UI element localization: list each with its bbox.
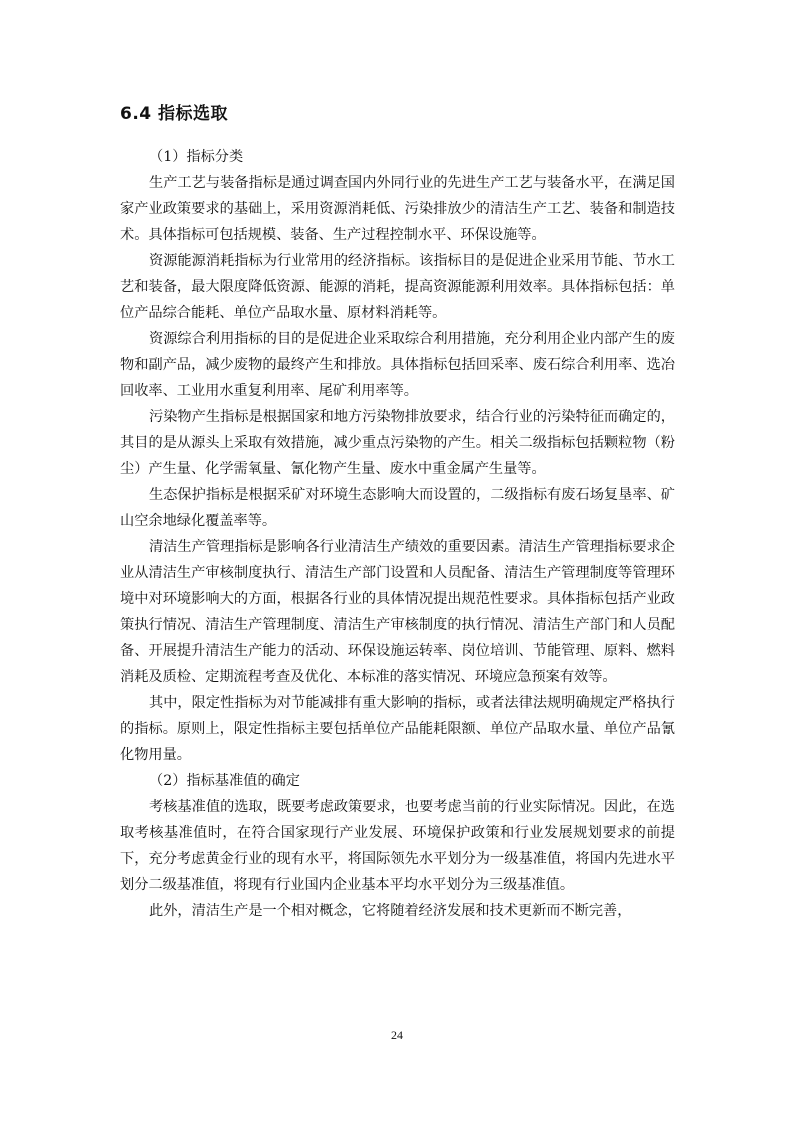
subheading-benchmark: （2）指标基准值的确定 xyxy=(120,768,675,794)
paragraph-restrictive-indicators: 其中，限定性指标为对节能减排有重大影响的指标，或者法律法规明确规定严格执行的指标… xyxy=(120,690,675,768)
paragraph-resource-utilization: 资源综合利用指标的目的是促进企业采取综合利用措施，充分利用企业内部产生的废物和副… xyxy=(120,326,675,404)
paragraph-management: 清洁生产管理指标是影响各行业清洁生产绩效的重要因素。清洁生产管理指标要求企业从清… xyxy=(120,534,675,690)
page-number: 24 xyxy=(0,1028,794,1043)
document-body: （1）指标分类 生产工艺与装备指标是通过调查国内外同行业的先进生产工艺与装备水平… xyxy=(120,144,675,924)
paragraph-ecological-protection: 生态保护指标是根据采矿对环境生态影响大而设置的，二级指标有废石场复垦率、矿山空余… xyxy=(120,482,675,534)
paragraph-resource-energy: 资源能源消耗指标为行业常用的经济指标。该指标目的是促进企业采用节能、节水工艺和装… xyxy=(120,248,675,326)
paragraph-pollutant-generation: 污染物产生指标是根据国家和地方污染物排放要求，结合行业的污染特征而确定的，其目的… xyxy=(120,404,675,482)
paragraph-process-equipment: 生产工艺与装备指标是通过调查国内外同行业的先进生产工艺与装备水平，在满足国家产业… xyxy=(120,170,675,248)
section-heading: 6.4 指标选取 xyxy=(120,99,228,124)
document-page: 6.4 指标选取 （1）指标分类 生产工艺与装备指标是通过调查国内外同行业的先进… xyxy=(0,0,794,1123)
paragraph-benchmark-selection: 考核基准值的选取，既要考虑政策要求，也要考虑当前的行业实际情况。因此，在选取考核… xyxy=(120,794,675,898)
subheading-classification: （1）指标分类 xyxy=(120,144,675,170)
paragraph-relative-concept: 此外，清洁生产是一个相对概念，它将随着经济发展和技术更新而不断完善， xyxy=(120,898,675,924)
